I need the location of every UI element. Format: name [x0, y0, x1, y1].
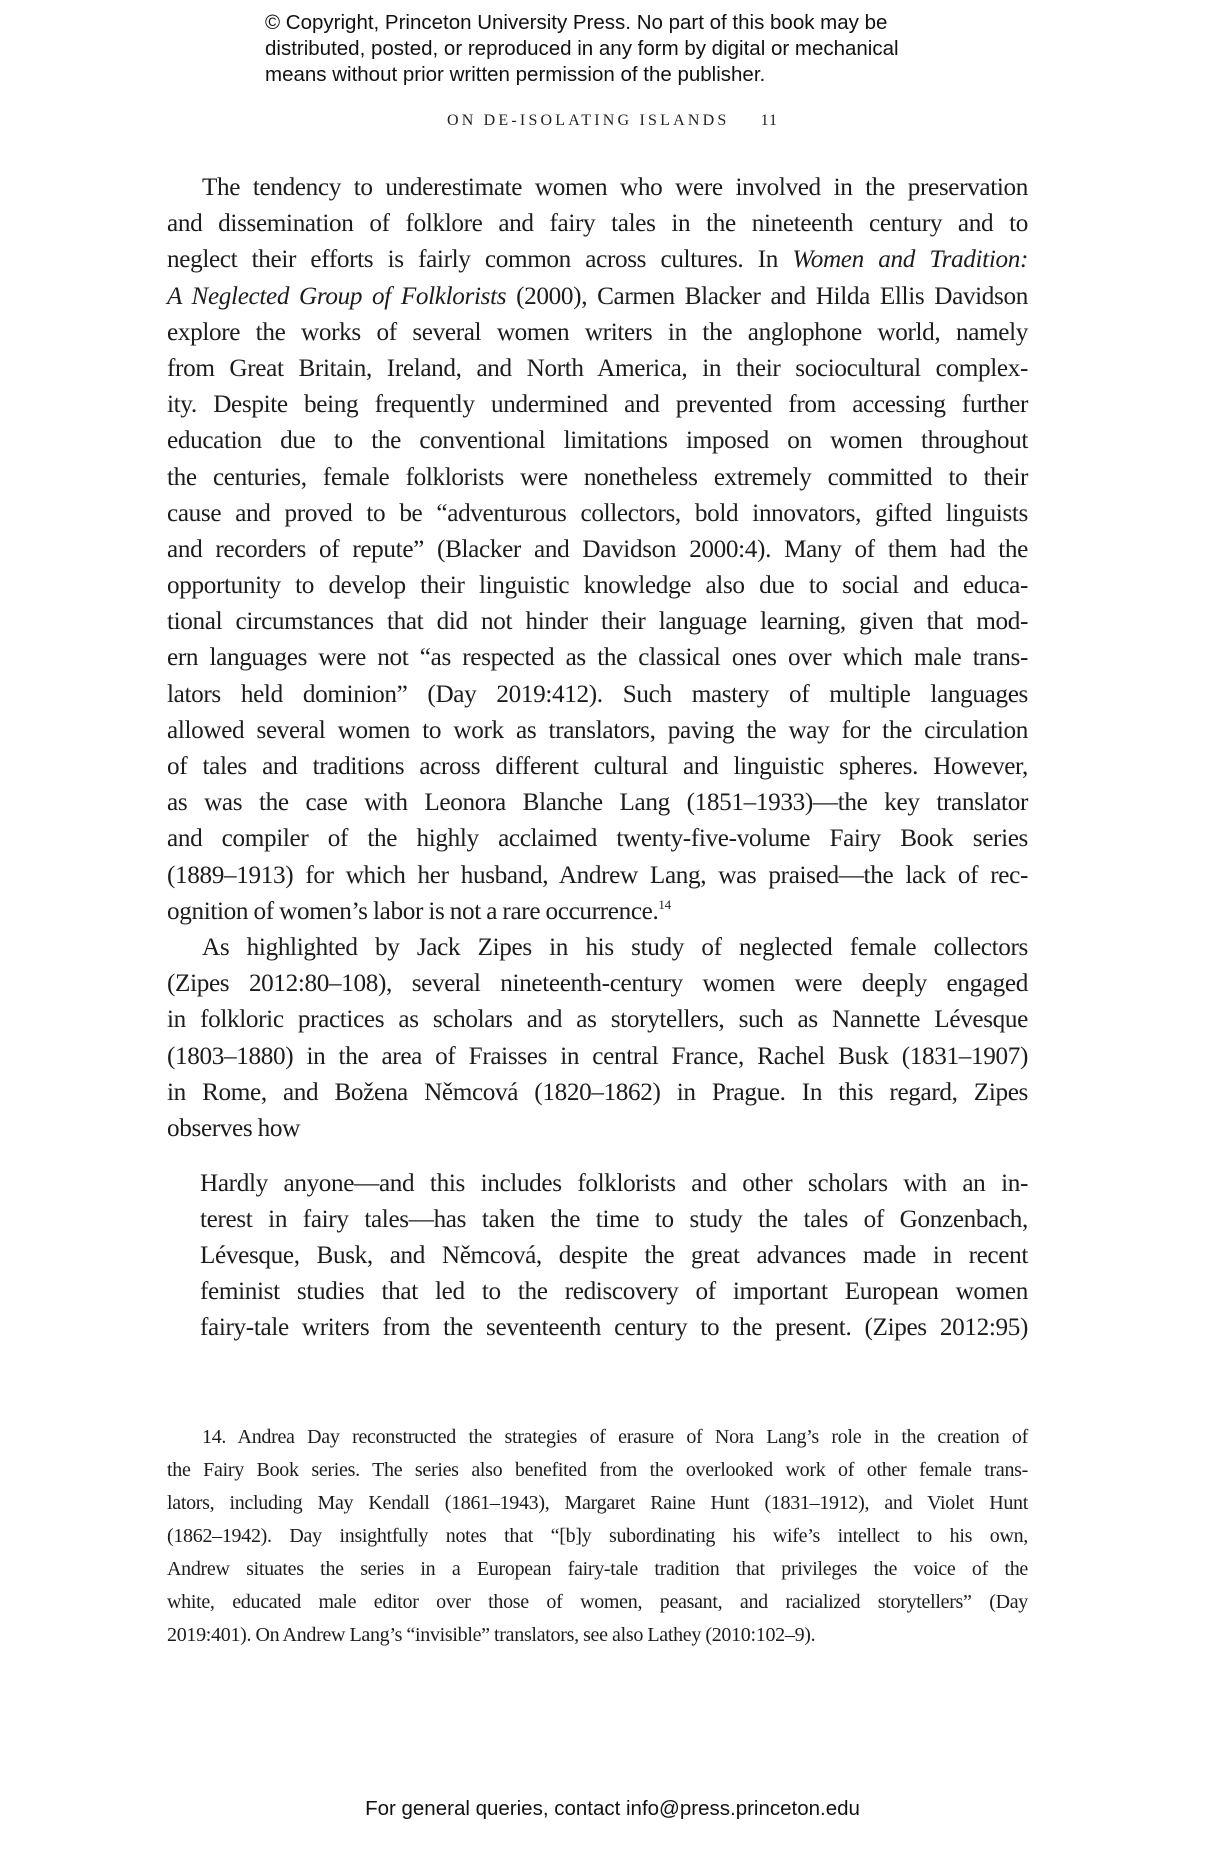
- quote-line: terest in fairy tales—has taken the time…: [200, 1202, 1028, 1238]
- copyright-notice: © Copyright, Princeton University Press.…: [265, 10, 985, 88]
- text-fragment: neglect their efforts is fairly common a…: [167, 246, 792, 273]
- paragraph-1: The tendency to underestimate women who …: [167, 170, 1028, 930]
- text-line: as was the case with Leonora Blanche Lan…: [167, 785, 1028, 821]
- text-line: education due to the conventional limita…: [167, 423, 1028, 459]
- text-line: ognition of women’s labor is not a rare …: [167, 894, 1028, 930]
- page-number: 11: [761, 112, 778, 130]
- quote-line: Hardly anyone—and this includes folklori…: [200, 1166, 1028, 1202]
- text-line: (1803–1880) in the area of Fraisses in c…: [167, 1039, 1028, 1075]
- text-line: in folkloric practices as scholars and a…: [167, 1002, 1028, 1038]
- text-line: ity. Despite being frequently undermined…: [167, 387, 1028, 423]
- block-quote: Hardly anyone—and this includes folklori…: [200, 1166, 1028, 1346]
- text-line: the centuries, female folklorists were n…: [167, 460, 1028, 496]
- text-line: allowed several women to work as transla…: [167, 713, 1028, 749]
- text-fragment: ognition of women’s labor is not a rare …: [167, 898, 658, 925]
- quote-line: feminist studies that led to the redisco…: [200, 1274, 1028, 1310]
- text-line: As highlighted by Jack Zipes in his stud…: [167, 930, 1028, 966]
- copyright-line: © Copyright, Princeton University Press.…: [265, 10, 985, 36]
- copyright-line: distributed, posted, or reproduced in an…: [265, 36, 985, 62]
- text-line: cause and proved to be “adventurous coll…: [167, 496, 1028, 532]
- text-line: lators held dominion” (Day 2019:412). Su…: [167, 677, 1028, 713]
- text-line: (Zipes 2012:80–108), several nineteenth-…: [167, 966, 1028, 1002]
- book-title-italic: Women and Tradition:: [792, 246, 1028, 273]
- text-line: in Rome, and Božena Němcová (1820–1862) …: [167, 1075, 1028, 1111]
- text-line: ern languages were not “as respected as …: [167, 640, 1028, 676]
- text-line: and compiler of the highly acclaimed twe…: [167, 821, 1028, 857]
- quote-line: Lévesque, Busk, and Němcová, despite the…: [200, 1238, 1028, 1274]
- footnote-line: white, educated male editor over those o…: [167, 1586, 1028, 1619]
- body-text: The tendency to underestimate women who …: [167, 170, 1028, 1147]
- footnote-line: (1862–1942). Day insightfully notes that…: [167, 1520, 1028, 1553]
- paragraph-2: As highlighted by Jack Zipes in his stud…: [167, 930, 1028, 1147]
- footnote-line: lators, including May Kendall (1861–1943…: [167, 1487, 1028, 1520]
- footer-contact: For general queries, contact info@press.…: [0, 1797, 1225, 1821]
- footnote-line: Andrew situates the series in a European…: [167, 1553, 1028, 1586]
- text-line: from Great Britain, Ireland, and North A…: [167, 351, 1028, 387]
- footnote-14: 14. Andrea Day reconstructed the strateg…: [167, 1421, 1028, 1652]
- text-line: observes how: [167, 1111, 1028, 1147]
- text-fragment: Andrea Day reconstructed the strategies …: [238, 1426, 1028, 1448]
- text-line: explore the works of several women write…: [167, 315, 1028, 351]
- text-line: and dissemination of folklore and fairy …: [167, 206, 1028, 242]
- quote-line: fairy-tale writers from the seventeenth …: [200, 1310, 1028, 1346]
- text-line: neglect their efforts is fairly common a…: [167, 242, 1028, 278]
- text-fragment: (2000), Carmen Blacker and Hilda Ellis D…: [516, 283, 1028, 310]
- text-line: of tales and traditions across different…: [167, 749, 1028, 785]
- text-line: tional circumstances that did not hinder…: [167, 604, 1028, 640]
- text-line: opportunity to develop their linguistic …: [167, 568, 1028, 604]
- footnote-number: 14.: [202, 1426, 226, 1448]
- footnote-line: 2019:401). On Andrew Lang’s “invisible” …: [167, 1619, 1028, 1652]
- book-title-italic: A Neglected Group of Folklorists: [167, 283, 506, 310]
- copyright-line: means without prior written permission o…: [265, 62, 985, 88]
- footnote-reference[interactable]: 14: [658, 897, 670, 912]
- text-line: A Neglected Group of Folklorists (2000),…: [167, 279, 1028, 315]
- text-line: and recorders of repute” (Blacker and Da…: [167, 532, 1028, 568]
- running-head: ON DE-ISOLATING ISLANDS 11: [0, 112, 1225, 130]
- chapter-title: ON DE-ISOLATING ISLANDS: [447, 112, 729, 130]
- text-line: (1889–1913) for which her husband, Andre…: [167, 858, 1028, 894]
- footnote-line: 14. Andrea Day reconstructed the strateg…: [167, 1421, 1028, 1454]
- footnote-line: the Fairy Book series. The series also b…: [167, 1454, 1028, 1487]
- text-line: The tendency to underestimate women who …: [167, 170, 1028, 206]
